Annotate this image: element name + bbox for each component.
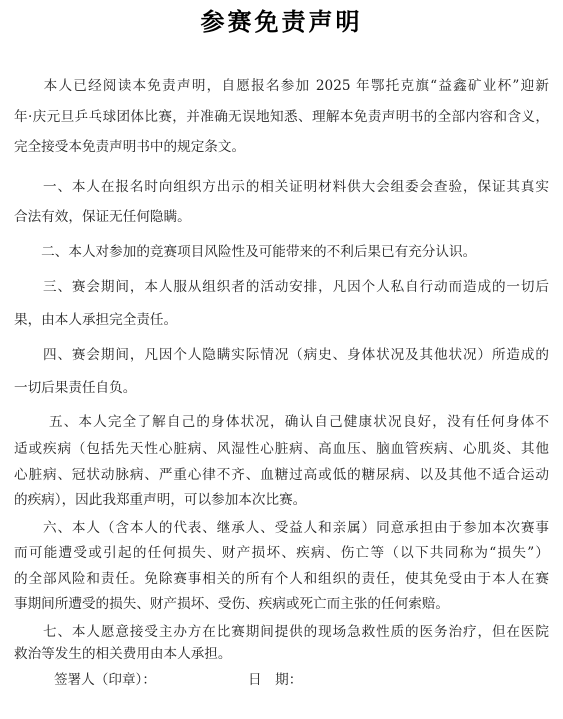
date-label: 日 期： xyxy=(248,671,302,689)
clause-5-line-2: 适或疾病（包括先天性心脏病、风湿性心脏病、高血压、脑血管疾病、心肌炎、其他 xyxy=(14,440,549,458)
clause-6-line-2: 而可能遭受或引起的任何损失、财产损坏、疾病、伤亡等（以下共同称为“损失”） xyxy=(14,544,549,562)
clause-7-line-1: 七、本人愿意接受主办方在比赛期间提供的现场急救性质的医务治疗，但在医院 xyxy=(14,623,549,641)
clause-5-line-4: 的疾病），因此我郑重声明，可以参加本次比赛。 xyxy=(14,491,549,509)
clause-7-line-2: 救治等发生的相关费用由本人承担。 xyxy=(14,645,549,663)
clause-6-line-4: 事期间所遭受的损失、财产损坏、受伤、疾病或死亡而主张的任何索赔。 xyxy=(14,595,549,613)
clause-3-line-1: 三、赛会期间，本人服从组织者的活动安排，凡因个人私自行动而造成的一切后 xyxy=(14,278,549,296)
intro-line-3: 完全接受本免责声明书中的规定条文。 xyxy=(14,138,549,156)
clause-5-line-1: 五、本人完全了解自己的身体状况，确认自己健康状况良好，没有任何身体不 xyxy=(14,413,549,431)
clause-1-line-1: 一、本人在报名时向组织方出示的相关证明材料供大会组委会查验，保证其真实 xyxy=(14,178,549,196)
intro-line-2: 年·庆元旦乒乓球团体比赛，并准确无误地知悉、理解本免责声明书的全部内容和含义， xyxy=(14,108,549,126)
clause-6-line-1: 六、本人（含本人的代表、继承人、受益人和亲属）同意承担由于参加本次赛事 xyxy=(14,519,549,537)
signer-label: 签署人（印章）： xyxy=(54,671,156,689)
clause-3-line-2: 果，由本人承担完全责任。 xyxy=(14,311,549,329)
clause-6-line-3: 的全部风险和责任。免除赛事相关的所有个人和组织的责任，使其免受由于本人在赛 xyxy=(14,570,549,588)
clause-5-line-3: 心脏病、冠状动脉病、严重心律不齐、血糖过高或低的糖尿病、以及其他不适合运动 xyxy=(14,466,549,484)
clause-4-line-2: 一切后果责任自负。 xyxy=(14,379,549,397)
document-title: 参赛免责声明 xyxy=(0,2,563,37)
intro-line-1: 本人已经阅读本免责声明，自愿报名参加 2025 年鄂托克旗“益鑫矿业杯”迎新 xyxy=(14,77,549,95)
clause-1-line-2: 合法有效，保证无任何隐瞒。 xyxy=(14,208,549,226)
clause-4-line-1: 四、赛会期间，凡因个人隐瞒实际情况（病史、身体状况及其他状况）所造成的 xyxy=(14,346,549,364)
clause-2-line-1: 二、本人对参加的竞赛项目风险性及可能带来的不利后果已有充分认识。 xyxy=(14,243,549,261)
